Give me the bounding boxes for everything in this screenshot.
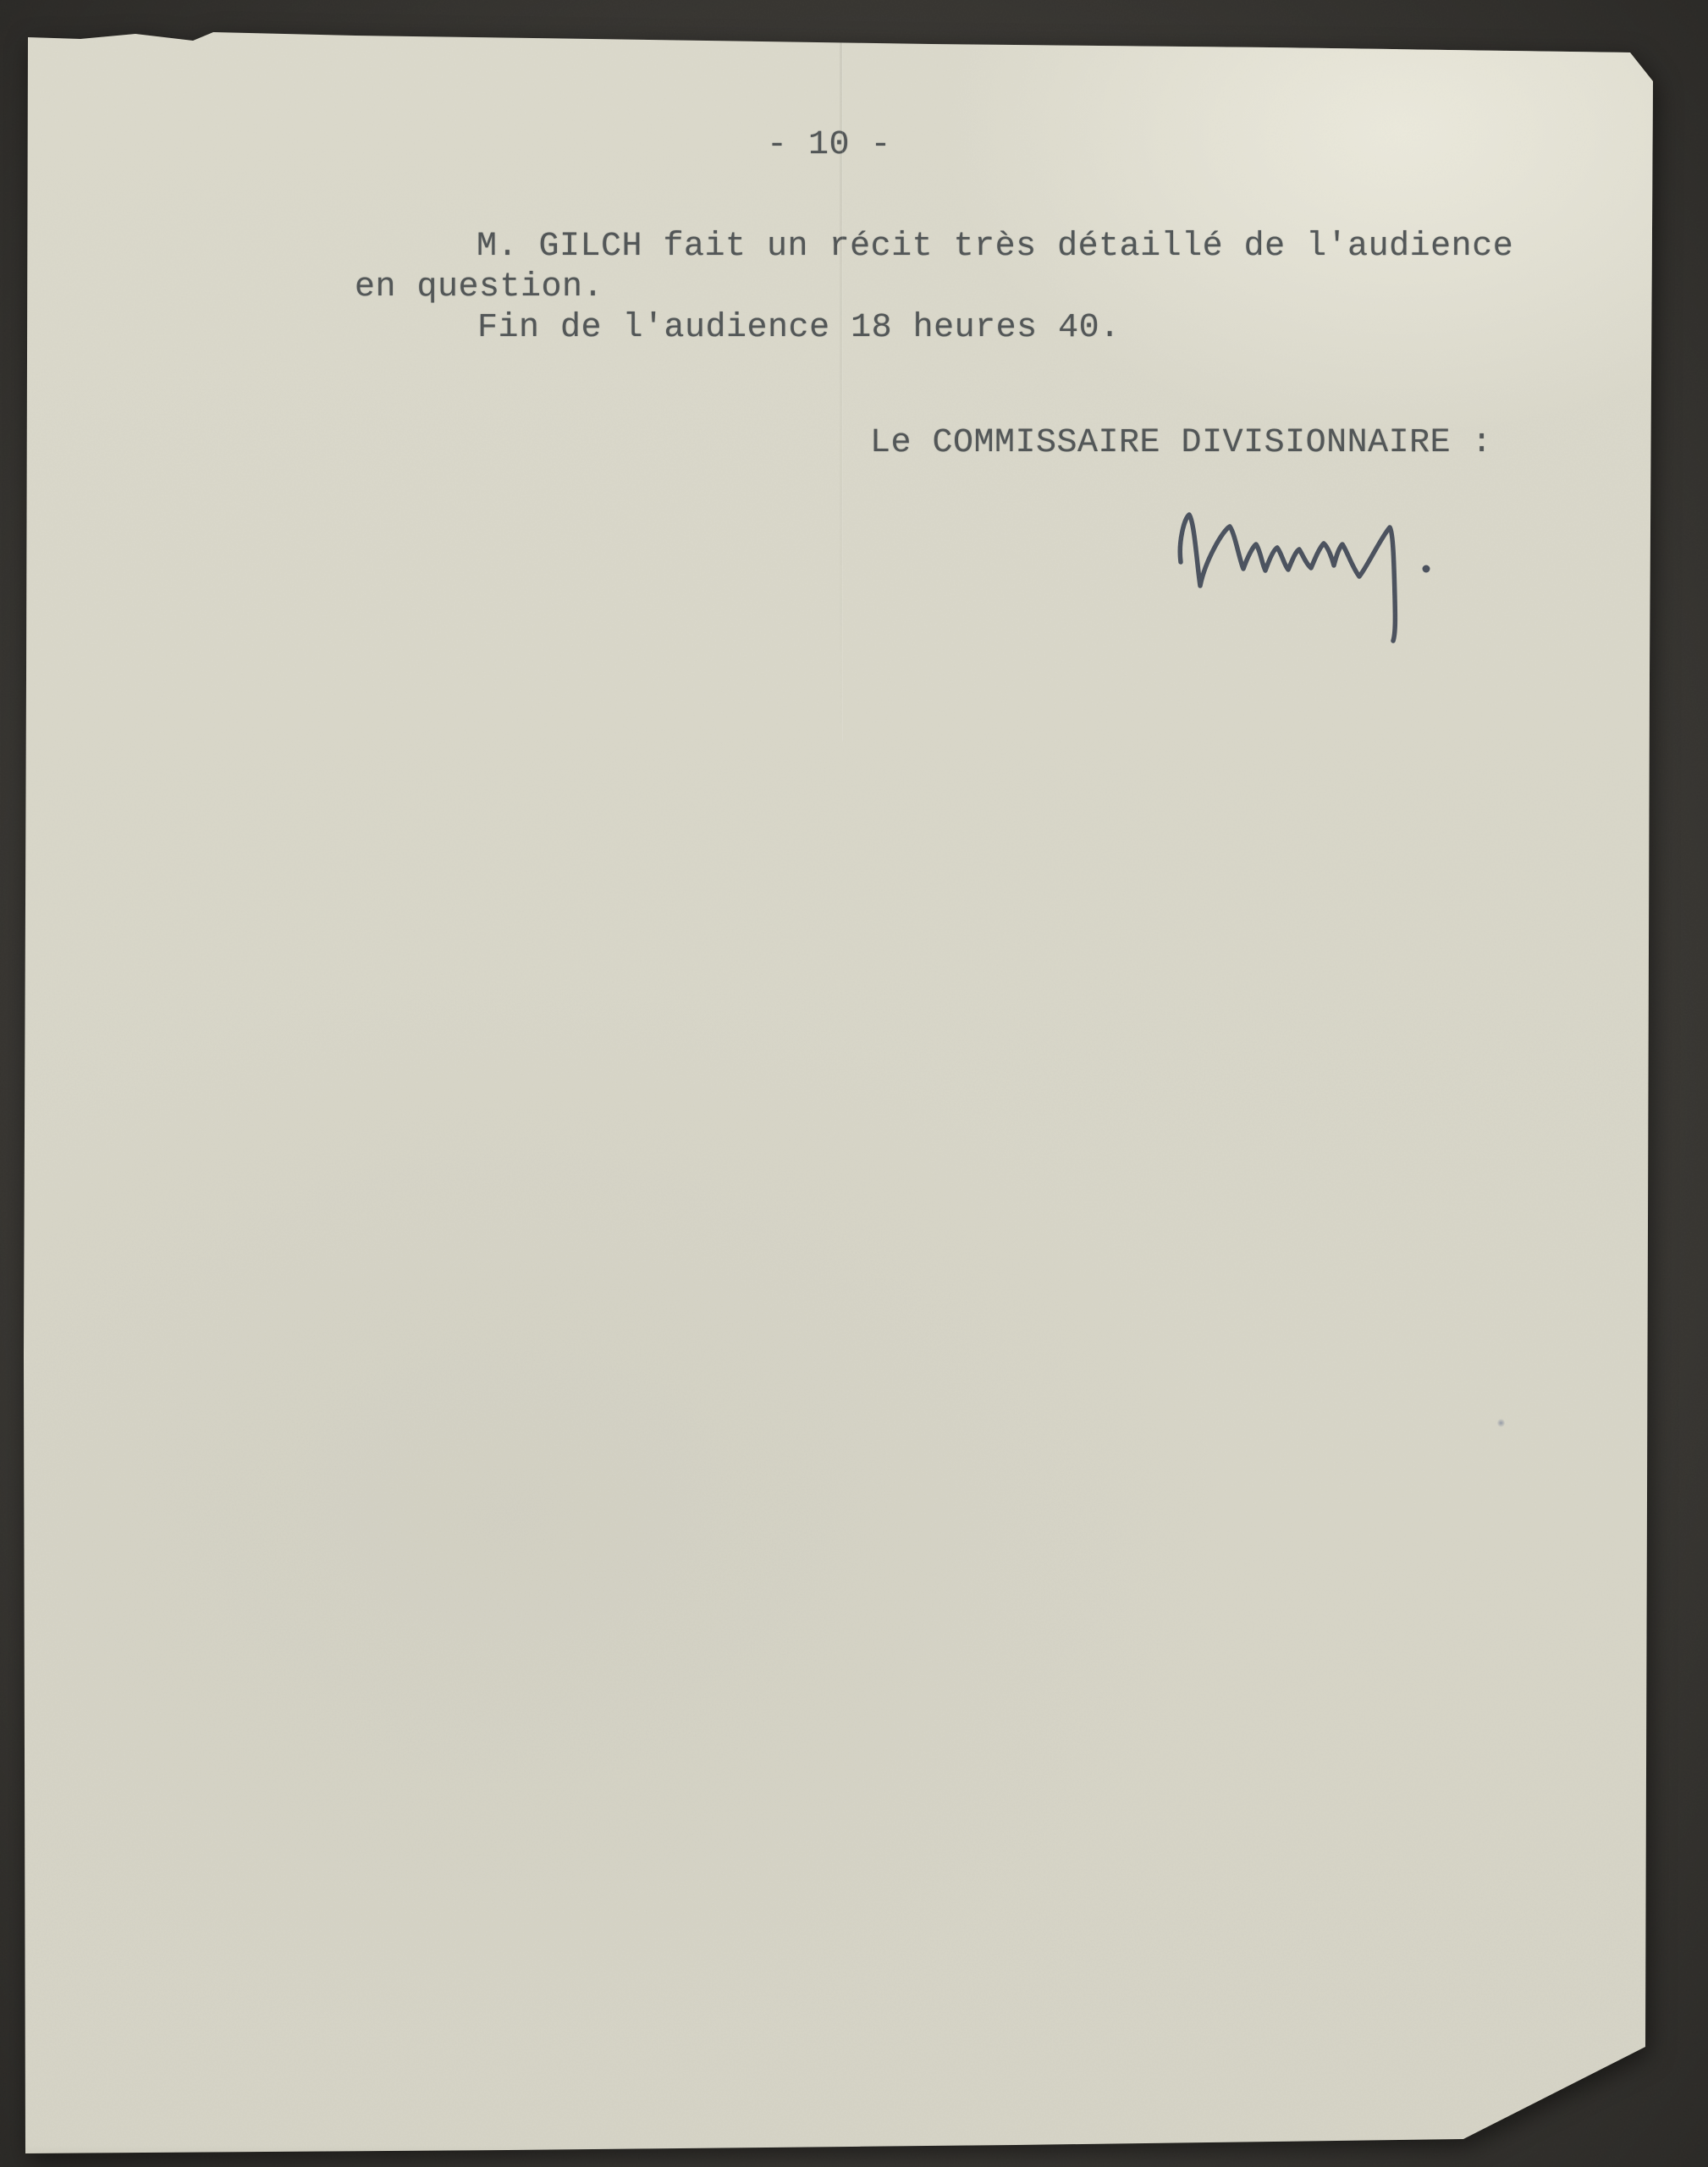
- paper-shadow: - 10 - M. GILCH fait un récit très détai…: [0, 0, 1708, 2167]
- signature-stroke: [1180, 515, 1430, 641]
- page-number: - 10 -: [767, 125, 891, 166]
- paper-crease: [840, 39, 842, 742]
- scan-background: - 10 - M. GILCH fait un récit très détai…: [0, 0, 1708, 2167]
- document-paper: - 10 - M. GILCH fait un récit très détai…: [0, 0, 1708, 2167]
- body-line: M. GILCH fait un récit très détaillé de …: [477, 227, 1513, 267]
- body-line: en question.: [355, 267, 603, 308]
- ink-speck: [1497, 1419, 1505, 1427]
- signature-mark: [1166, 496, 1446, 657]
- body-line: Fin de l'audience 18 heures 40.: [477, 308, 1121, 349]
- closing-title: Le COMMISSAIRE DIVISIONNAIRE :: [870, 423, 1492, 464]
